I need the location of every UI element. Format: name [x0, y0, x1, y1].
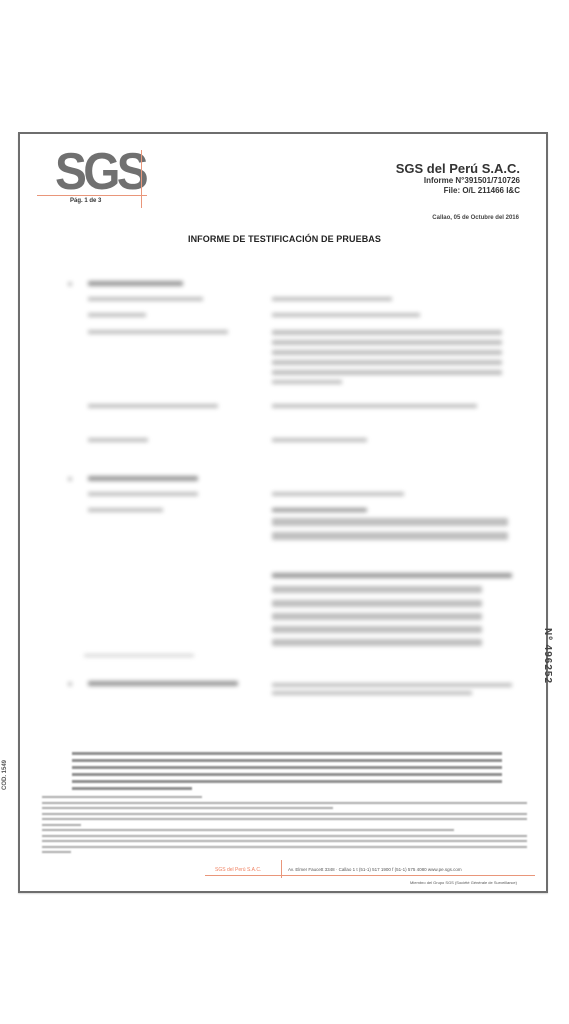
- logo-horizontal-rule: [37, 195, 147, 196]
- company-name: SGS del Perú S.A.C.: [396, 161, 520, 176]
- company-block: SGS del Perú S.A.C. Informe N°391501/710…: [396, 161, 520, 196]
- logo-vertical-rule: [141, 150, 142, 208]
- left-margin-code: COD. 1549: [2, 760, 8, 790]
- footer-horizontal-rule: [205, 875, 535, 876]
- footer-member-line: Miembro del Grupo SGS (Société Générale …: [410, 880, 517, 885]
- document-title: INFORME DE TESTIFICACIÓN DE PRUEBAS: [0, 234, 569, 244]
- date-line: Callao, 05 de Octubre del 2016: [432, 215, 519, 221]
- footer-address: Av. Elmer Faucett 3348 · Callao 1 t (51-…: [288, 867, 462, 872]
- legal-fineprint: [42, 796, 527, 857]
- report-number: Informe N°391501/710726: [396, 176, 520, 186]
- disclaimer-italic: [72, 752, 502, 794]
- file-number: File: O/L 211466 I&C: [396, 186, 520, 196]
- footer-company: SGS del Perú S.A.C.: [215, 867, 261, 873]
- sgs-logo: SGS Pág. 1 de 3: [37, 150, 147, 210]
- right-margin-serial: Nº 496252: [542, 628, 553, 684]
- page-indicator: Pág. 1 de 3: [70, 198, 101, 204]
- logo-text: SGS: [55, 146, 145, 198]
